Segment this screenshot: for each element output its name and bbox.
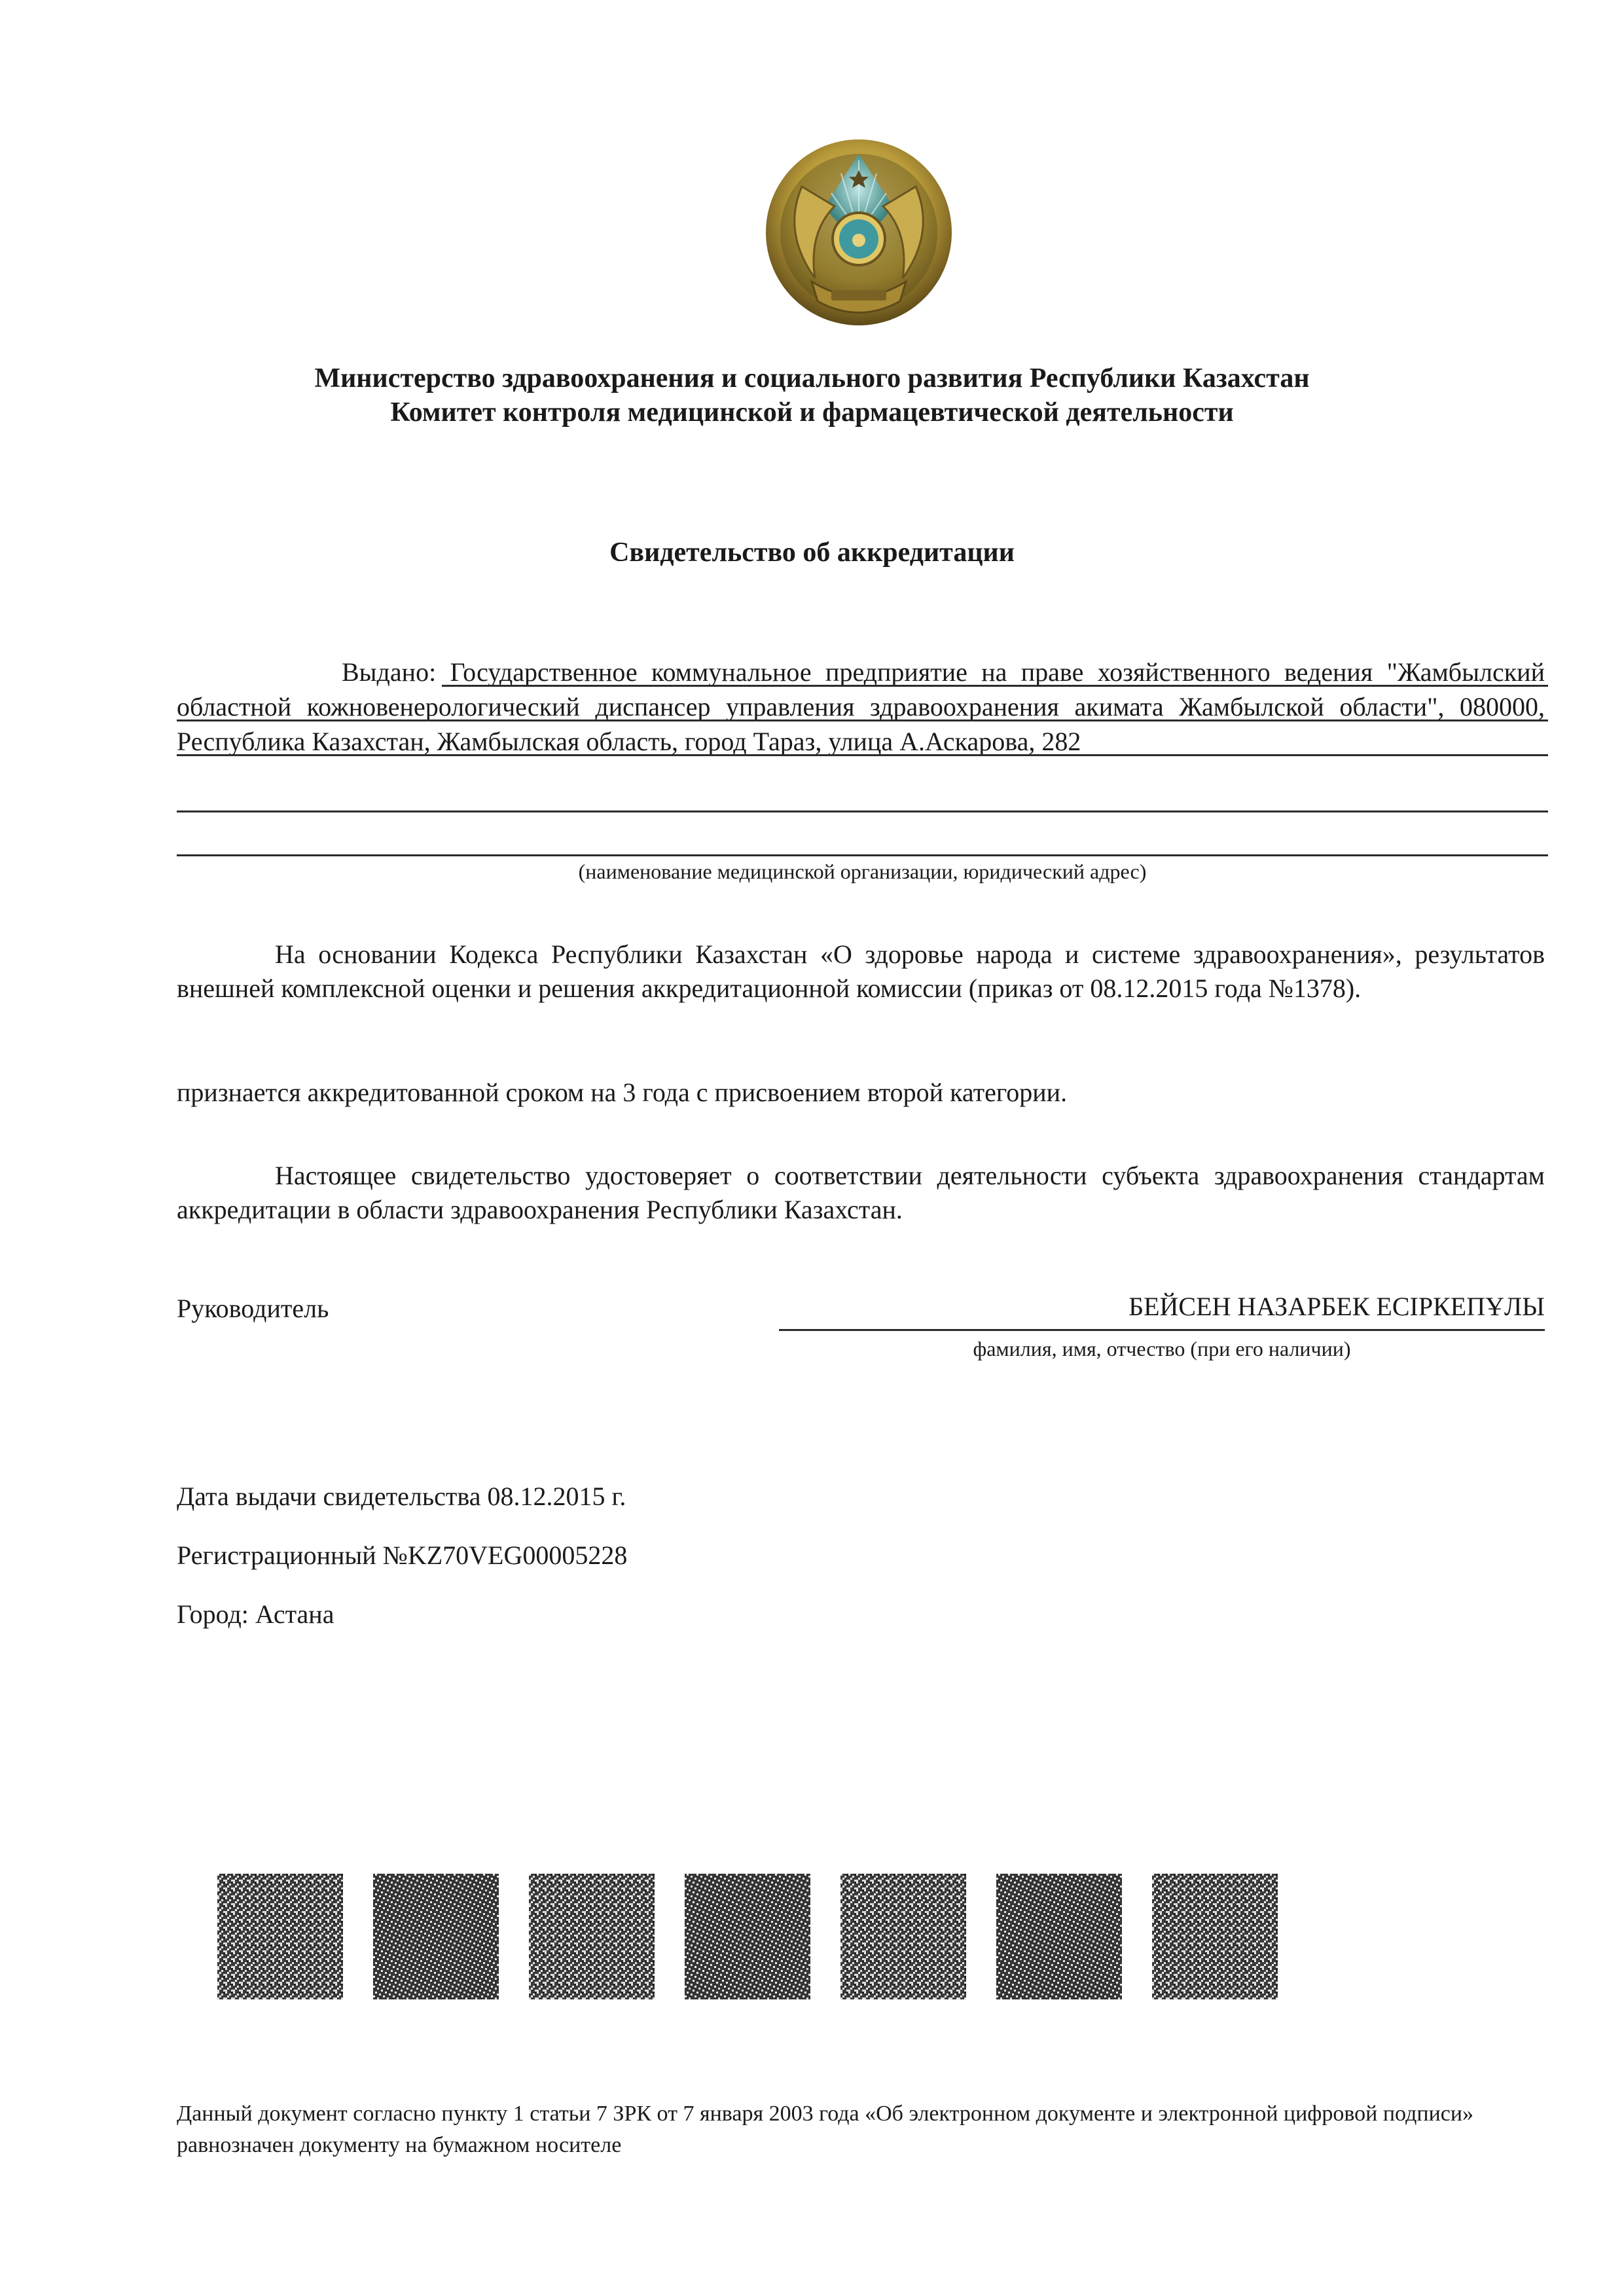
- blank-line: [177, 811, 1548, 812]
- qr-code-icon: [373, 1874, 499, 1999]
- qr-code-icon: [840, 1874, 966, 1999]
- qr-code-icon: [685, 1874, 810, 1999]
- signatory-name: БЕЙСЕН НАЗАРБЕК ЕСІРКЕПҰЛЫ: [779, 1291, 1545, 1322]
- blank-line: [177, 854, 1548, 856]
- underline: [177, 754, 1548, 756]
- underline: [177, 720, 1548, 721]
- qr-code-icon: [996, 1874, 1122, 1999]
- qr-code-icon: [1152, 1874, 1278, 1999]
- basis-paragraph: На основании Кодекса Республики Казахста…: [177, 938, 1545, 1006]
- recognition-text: признается аккредитованной сроком на 3 г…: [177, 1077, 1067, 1108]
- qr-code-icon: [217, 1874, 343, 1999]
- registration-number: Регистрационный №KZ70VEG00005228: [177, 1540, 627, 1571]
- issued-label: Выдано:: [342, 657, 436, 687]
- kazakhstan-state-emblem-icon: [763, 134, 956, 331]
- issue-date: Дата выдачи свидетельства 08.12.2015 г.: [177, 1481, 626, 1512]
- organization-caption: (наименование медицинской организации, ю…: [177, 860, 1548, 884]
- legal-footer-note: Данный документ согласно пункту 1 статьи…: [177, 2098, 1551, 2161]
- city: Город: Астана: [177, 1599, 334, 1630]
- qr-code-icon: [529, 1874, 655, 1999]
- ministry-name: Министерство здравоохранения и социально…: [0, 361, 1624, 395]
- document-title: Свидетельство об аккредитации: [0, 537, 1624, 568]
- issued-to-block: Выдано: Государственное коммунальное пре…: [177, 655, 1545, 759]
- signature-line: [779, 1329, 1545, 1331]
- certification-paragraph: Настоящее свидетельство удостоверяет о с…: [177, 1159, 1545, 1227]
- committee-name: Комитет контроля медицинской и фармацевт…: [0, 395, 1624, 429]
- signatory-caption: фамилия, имя, отчество (при его наличии): [779, 1337, 1545, 1361]
- signatory-role: Руководитель: [177, 1293, 329, 1324]
- underline: [442, 685, 1548, 687]
